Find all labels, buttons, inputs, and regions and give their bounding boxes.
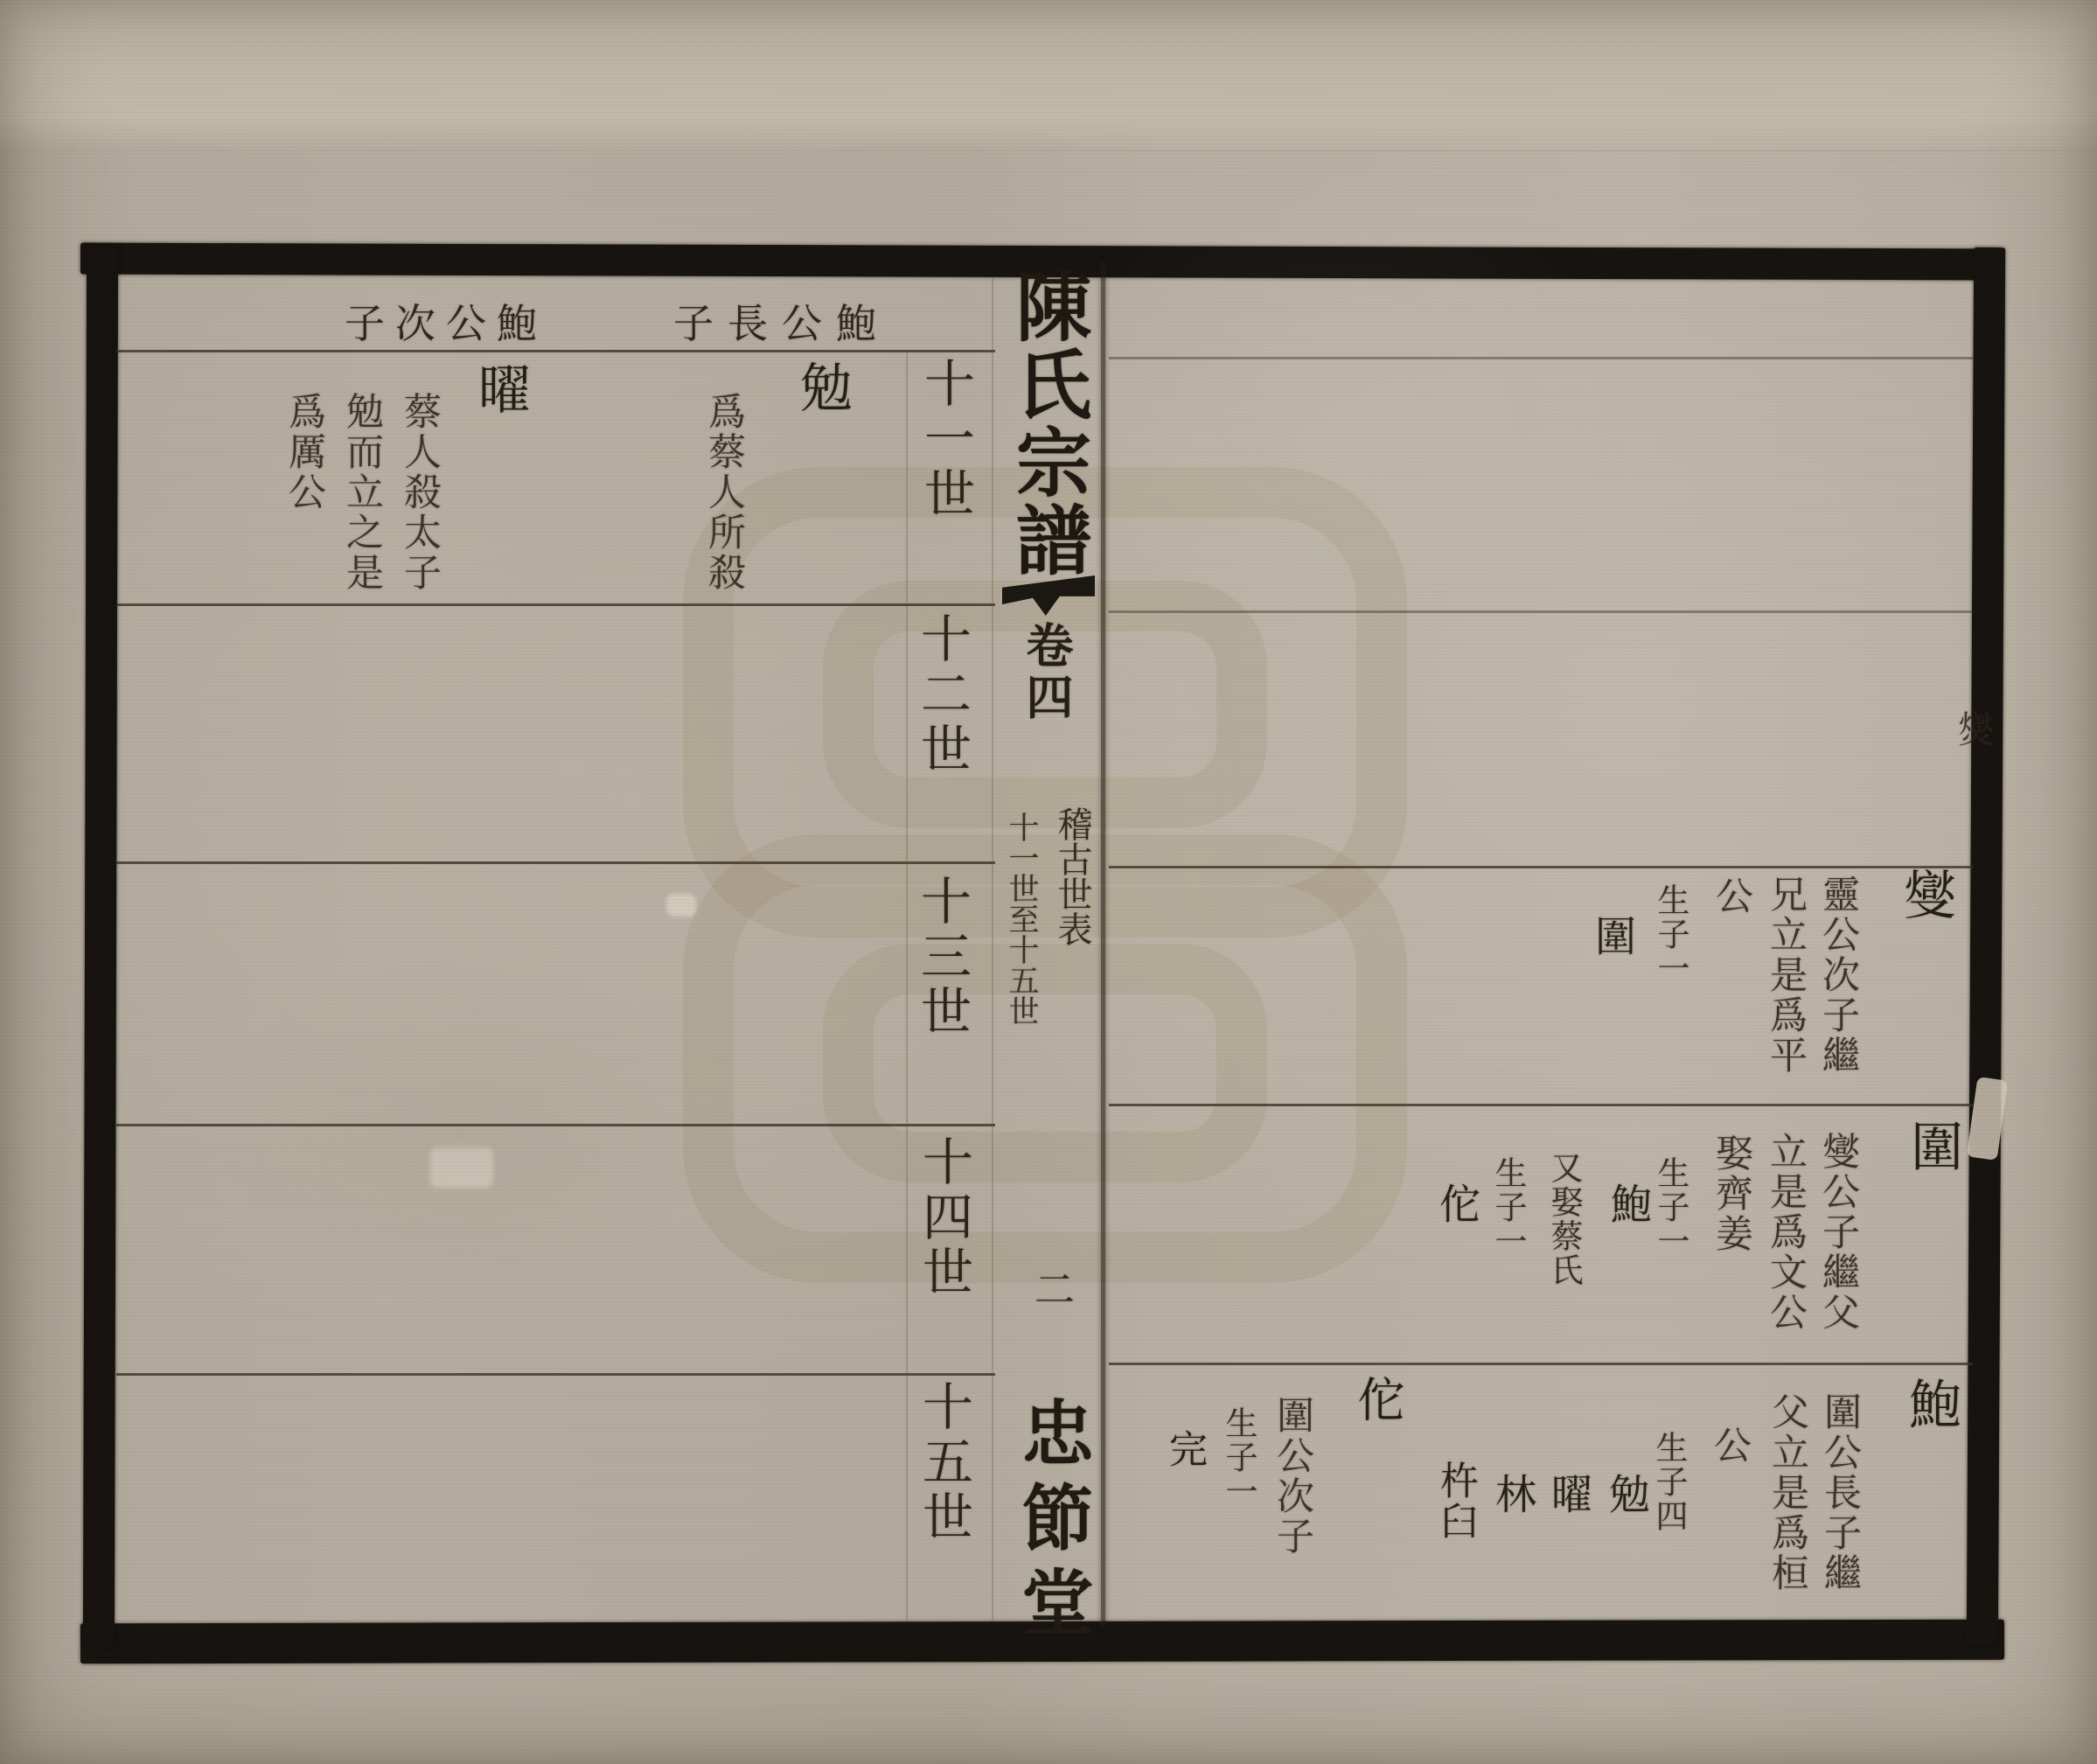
paper-blotch [666,894,696,917]
entry-name-wei: 圍 [1906,1119,1959,1175]
paper-blotch [430,1147,493,1188]
entry-bio-column: 父立是爲桓 [1768,1392,1806,1593]
offspring-name: 杵臼 [1436,1461,1474,1541]
hall-name: 忠節堂 [1016,1396,1088,1650]
entry-bio-column: 圍公長子繼 [1821,1392,1858,1593]
offspring-name: 林 [1492,1473,1533,1516]
page-edge-mark: 爕 [1955,710,1992,747]
generation-label-11: 十一世 [920,357,971,522]
left-row-rule [116,861,995,864]
generation-label-14: 十四世 [918,1135,969,1300]
offspring-label: 生子一 [1655,1156,1687,1259]
entry-bio-column: 爲厲公 [285,392,323,512]
left-row-rule [116,350,995,352]
entry-name-yao: 曜 [474,362,526,417]
right-row-rule [1109,357,1973,359]
book-title: 陳氏宗譜 [1009,268,1084,579]
left-border-bar [83,248,118,1647]
offspring-name: 勉 [1606,1473,1647,1516]
offspring-label: 生子四 [1653,1431,1685,1533]
entry-name-bao: 鮑 [1905,1377,1957,1432]
generation-column-line [906,350,908,1621]
offspring-label: 又娶蔡氏 [1548,1151,1580,1287]
entry-bio-column: 兄立是爲平 [1766,875,1804,1076]
page-number: 二 [1032,1268,1072,1308]
entry-bio-column: 蔡人殺太子 [401,392,438,593]
entry-bio-column: 圍公次子 [1273,1396,1311,1557]
generation-label-12: 十二世 [916,612,967,777]
right-row-rule [1109,610,1973,613]
right-row-rule [1109,866,1973,868]
offspring-name: 曜 [1548,1473,1589,1516]
entry-bio-column: 勉而立之是 [343,392,380,593]
left-row-rule [116,603,995,606]
offspring-name: 圍 [1592,915,1633,958]
entry-bio-column: 靈公次子繼 [1819,875,1857,1076]
entry-bio-column: 立是爲文公 [1766,1132,1804,1333]
left-row-rule [116,1124,995,1126]
offspring-name: 完 [1165,1429,1203,1469]
generation-label-13: 十三世 [916,875,967,1040]
offspring-label: 生子一 [1223,1406,1255,1509]
section-generation-range: 十一世至十五世 [1006,812,1036,1026]
spine-wedge-ornament [1002,575,1095,616]
entry-name-xie: 燮 [1899,868,1952,923]
right-row-rule [1109,1363,1973,1365]
entry-name-mian: 勉 [796,360,848,415]
right-border-bar [1967,248,2005,1645]
entry-name-tuo: 佗 [1354,1375,1401,1425]
generation-label-15: 十五世 [918,1380,969,1545]
section-title: 稽古世表 [1055,806,1090,946]
right-row-rule [1109,1104,1973,1106]
entry-bio-column: 爲蔡人所殺 [705,392,742,593]
entry-bio-column: 娶齊姜 [1712,1133,1750,1254]
spine-fold-line [1101,262,1105,1627]
genealogy-scan-spread: 陳氏宗譜 卷四 稽古世表 十一世至十五世 二 忠節堂 十一世 十二世 十三世 十… [0,0,2097,1764]
left-row-rule [116,1373,995,1376]
offspring-label: 生子一 [1492,1156,1524,1259]
offspring-name: 鮑 [1607,1182,1648,1225]
offspring-label: 生子一 [1655,883,1687,986]
parent-header-yao: 鮑公次子 [345,292,547,350]
scan-top-margin [0,0,2097,151]
volume-label: 卷四 [1023,621,1070,724]
spine-column-line [992,277,993,1621]
offspring-name: 佗 [1436,1182,1477,1225]
entry-bio-column: 燮公子繼父 [1819,1132,1857,1333]
entry-bio-column: 公 [1712,876,1750,917]
entry-bio-column: 公 [1710,1426,1748,1466]
parent-header-mian: 鮑公長子 [673,292,890,350]
